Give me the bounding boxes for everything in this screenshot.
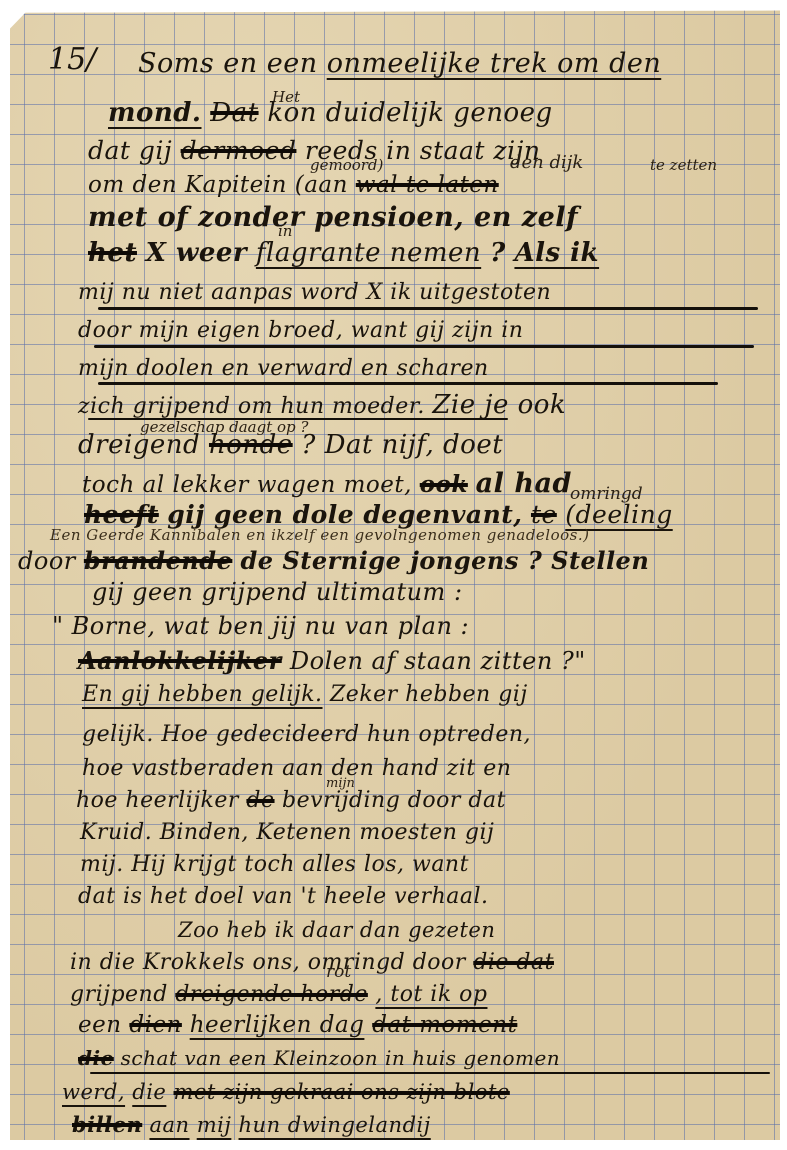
manuscript-line-32: billen aan mij hun dwingelandij [72,1112,431,1137]
manuscript-line-12: toch al lekker wagen moet, ook al had [82,468,572,499]
manuscript-line-6: het X weer flagrante nemen ? Als ik [88,238,599,268]
manuscript-line-31: werd, die met zijn gekraai ons zijn blot… [62,1080,510,1104]
insertion-den-dijk: den dijk [510,152,583,173]
manuscript-line-18: Aanlokkelijker Dolen af staan zitten ?" [78,646,586,675]
manuscript-line-5: met of zonder pensioen, en zelf [88,202,578,233]
underline-rule [98,382,718,385]
manuscript-line-2: mond. Dat kon duidelijk genoeg [108,98,553,128]
manuscript-line-17: " Borne, wat ben jij nu van plan : [52,612,469,640]
underline-rule [98,307,758,310]
manuscript-line-29: een dien heerlijken dag dat moment [78,1012,517,1038]
manuscript-line-30: die schat van een Kleinzoon in huis geno… [78,1046,560,1070]
underline-rule [90,1072,770,1074]
underline-rule [94,345,754,348]
manuscript-line-15: door brandende de Sternige jongens ? Ste… [18,546,649,575]
page-number: 15/ [48,42,96,77]
manuscript-line-21: hoe vastberaden aan den hand zit en [82,756,511,781]
manuscript-line-24: mij. Hij krijgt toch alles los, want [80,852,469,877]
insertion-rot: rot [326,962,351,982]
manuscript-line-8: door mijn eigen broed, want gij zijn in [78,318,523,343]
manuscript-line-27: in die Krokkels ons, omringd door die da… [70,950,554,975]
interlinear-addition: Een Geerde Kannibalen en ikzelf een gevo… [50,526,589,544]
manuscript-line-20: gelijk. Hoe gedecideerd hun optreden, [82,722,531,747]
manuscript-line-26: Zoo heb ik daar dan gezeten [178,918,495,942]
insertion-te-zetten: te zetten [650,156,717,174]
manuscript-line-9: mijn doolen en verward en scharen [78,356,489,381]
manuscript-line-25: dat is het doel van 't heele verhaal. [78,884,489,909]
manuscript-line-13: heeft gij geen dole degenvant, te (deeli… [84,500,673,529]
manuscript-line-1: Soms en een onmeelijke trek om den [138,48,661,79]
manuscript-line-11: dreigend honde ? Dat nijf, doet [78,430,503,460]
manuscript-line-7: mij nu niet aanpas word X ik uitgestoten [78,280,551,305]
manuscript-line-19: En gij hebben gelijk. Zeker hebben gij [82,682,528,707]
manuscript-line-23: Kruid. Binden, Ketenen moesten gij [80,820,494,845]
manuscript-line-22: hoe heerlijker de bevrijding door dat [76,788,506,813]
manuscript-line-4: om den Kapitein (aan wal te laten [88,172,499,198]
manuscript-line-28: grijpend dreigende horde , tot ik op [70,982,487,1007]
manuscript-page: 15/ Soms en een onmeelijke trek om den H… [10,6,780,1140]
manuscript-line-16: gij geen grijpend ultimatum : [92,578,463,606]
manuscript-line-10: zich grijpend om hun moeder. Zie je ook [78,390,566,420]
